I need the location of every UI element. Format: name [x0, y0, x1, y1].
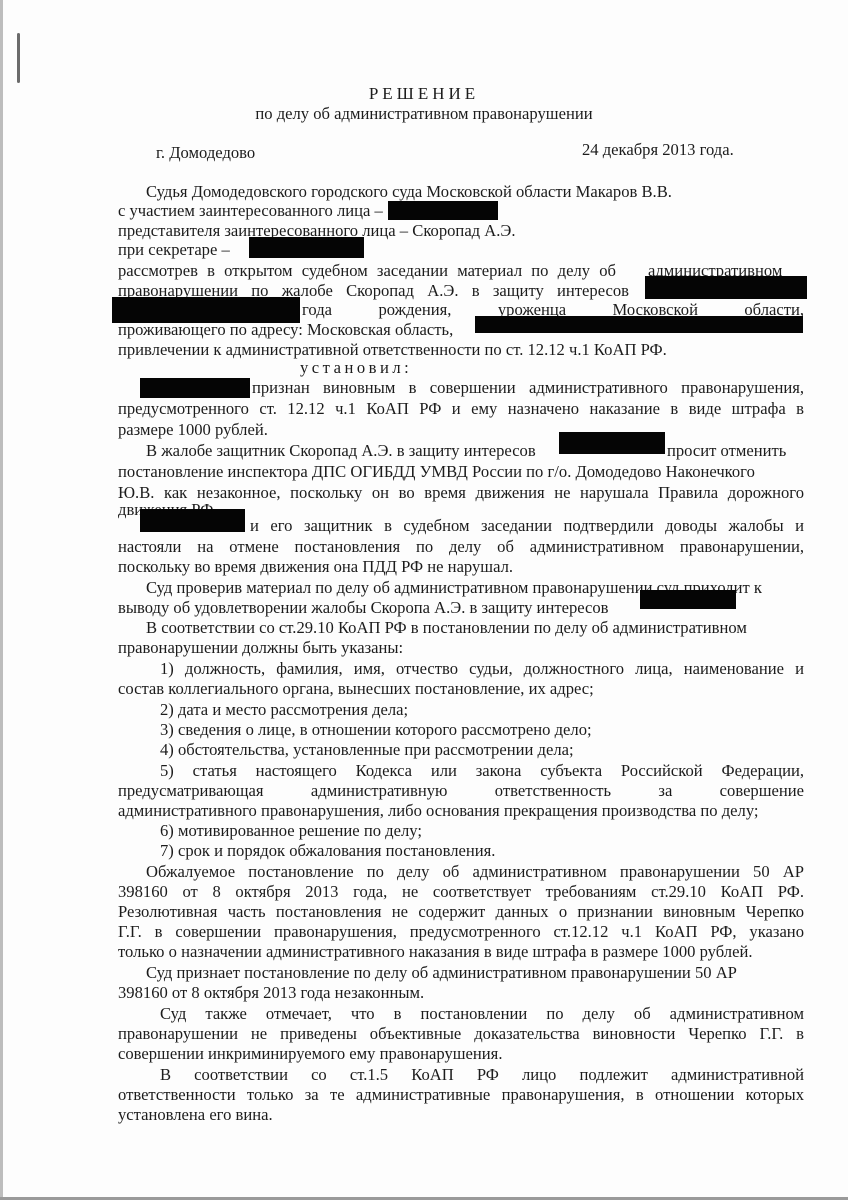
p1-line-2: предусмотренного ст. 12.12 ч.1 КоАП РФ и… [118, 399, 804, 419]
p5-line-2: правонарушении должны быть указаны: [118, 638, 403, 658]
participant-label: с участием заинтересованного лица – [118, 201, 383, 220]
p9-line: В соответствии со ст.1.5 КоАП РФ лицо по… [160, 1065, 804, 1085]
list-item: 5) статья настоящего Кодекса или закона … [160, 761, 804, 781]
city: г. Домодедово [156, 143, 255, 163]
redaction-box [388, 201, 498, 220]
p2-line-1b: просит отменить [667, 441, 786, 461]
p3-line-2: настояли на отмене постановления по делу… [118, 537, 804, 557]
p1-line-1: признан виновным в совершении администра… [252, 378, 804, 398]
list-item: 6) мотивированное решение по делу; [160, 821, 422, 841]
p6-line: 398160 от 8 октября 2013 года, не соотве… [118, 882, 804, 902]
considered-line-4: проживающего по адресу: Московская облас… [118, 320, 453, 340]
p8-line: правонарушении не приведены объективные … [118, 1024, 804, 1044]
scan-left-edge [0, 0, 3, 1200]
participant-line: с участием заинтересованного лица – [118, 201, 383, 221]
list-item-cont: предусматривающая административную ответ… [118, 781, 804, 801]
p1-line-3: размере 1000 рублей. [118, 420, 268, 440]
p6-line: Обжалуемое постановление по делу об адми… [146, 862, 804, 882]
document-subtitle: по делу об административном правонарушен… [0, 104, 848, 124]
list-item: 1) должность, фамилия, имя, отчество суд… [160, 659, 804, 679]
pen-mark [17, 33, 20, 83]
p4-line-2: выводу об удовлетворении жалобы Скоропа … [118, 598, 609, 618]
list-item-cont: административного правонарушения, либо о… [118, 801, 759, 821]
list-item-cont: состав коллегиального органа, вынесших п… [118, 679, 594, 699]
document-title: РЕШЕНИЕ [0, 84, 848, 104]
p6-line: только о назначении административного на… [118, 942, 752, 962]
list-item: 3) сведения о лице, в отношении которого… [160, 720, 592, 740]
p2-line-2: постановление инспектора ДПС ОГИБДД УМВД… [118, 462, 755, 482]
scanned-page: РЕШЕНИЕ по делу об административном прав… [0, 0, 848, 1200]
redaction-box [640, 590, 736, 609]
redaction-box [475, 316, 803, 333]
p8-line: Суд также отмечает, что в постановлении … [160, 1004, 804, 1024]
p9-line: ответственности только за те администрат… [118, 1085, 804, 1105]
p3-line-1: и его защитник в судебном заседании подт… [250, 516, 804, 536]
redaction-box [140, 509, 245, 532]
p7-line: Суд признает постановление по делу об ад… [146, 963, 737, 983]
p5-line-1: В соответствии со ст.29.10 КоАП РФ в пос… [146, 618, 747, 638]
list-item: 2) дата и место рассмотрения дела; [160, 700, 408, 720]
considered-line-5: привлечении к административной ответстве… [118, 340, 667, 360]
list-item: 4) обстоятельства, установленные при рас… [160, 740, 574, 760]
secretary-line: при секретаре – [118, 240, 230, 260]
p6-line: Резолютивная часть постановления не соде… [118, 902, 804, 922]
p9-line: установлена его вина. [118, 1105, 273, 1125]
judge-line: Судья Домодедовского городского суда Мос… [146, 182, 672, 202]
p2-line-3: Ю.В. как незаконное, поскольку он во вре… [118, 483, 804, 503]
p6-line: Г.Г. в совершении правонарушения, предус… [118, 922, 804, 942]
redaction-box [645, 276, 807, 299]
list-item: 7) срок и порядок обжалования постановле… [160, 841, 495, 861]
p7-line: 398160 от 8 октября 2013 года незаконным… [118, 983, 424, 1003]
p8-line: совершении инкриминируемого ему правонар… [118, 1044, 502, 1064]
established-heading: установил: [300, 358, 412, 378]
redaction-box [140, 378, 250, 398]
redaction-box [249, 237, 364, 258]
redaction-box [559, 432, 665, 454]
p3-line-3: поскольку во время движения она ПДД РФ н… [118, 557, 513, 577]
p2-line-1a: В жалобе защитник Скоропад А.Э. в защиту… [146, 441, 536, 461]
date: 24 декабря 2013 года. [582, 140, 734, 160]
considered-line-1: рассмотрев в открытом судебном заседании… [118, 261, 616, 281]
